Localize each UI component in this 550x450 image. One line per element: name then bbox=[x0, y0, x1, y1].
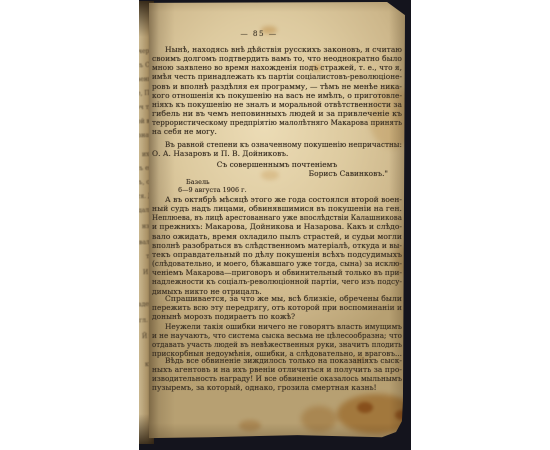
paragraph-question: Спрашивается, за что же мы, всѣ близкіе,… bbox=[152, 294, 402, 321]
text-line: ныхъ агентовъ и на ихъ рвеніи отличиться… bbox=[152, 365, 402, 374]
text-line: вполнѣ разобраться въ слѣдственномъ мате… bbox=[152, 241, 402, 250]
book-photo: черввъ Савень-не, Пвоч трой везначихъвъ … bbox=[139, 0, 411, 450]
text-line: кого отношенія къ покушенію на васъ не и… bbox=[152, 91, 402, 100]
paragraph-second-trial: А въ октябрѣ мѣсяцѣ этого же года состоя… bbox=[152, 195, 402, 296]
text-line: Вѣдь все обвиненіе зиждилось только на п… bbox=[152, 356, 402, 365]
text-line: пузыремъ, за который, однако, грозила см… bbox=[152, 383, 402, 392]
text-line: изводительность награду! И все обвиненіе… bbox=[152, 374, 402, 383]
text-line: Спрашивается, за что же мы, всѣ близкіе,… bbox=[152, 294, 402, 303]
text-line: ный судъ надъ лицами, обвинявшимися въ п… bbox=[152, 204, 402, 213]
valediction: Съ совершеннымъ почтеніемъ bbox=[152, 160, 402, 169]
letter-paragraph-2: Въ равной степени къ означенному покушен… bbox=[152, 140, 402, 158]
text-line: и прежнихъ: Макарова, Дойникова и Назаро… bbox=[152, 222, 402, 231]
text-line: Съ совершеннымъ почтеніемъ bbox=[152, 160, 402, 169]
text-line: 6—9 августа 1906 г. bbox=[152, 187, 402, 195]
text-line: ніяхъ къ покушенію не зналъ и моральной … bbox=[152, 100, 402, 109]
text-line: Нынѣ, находясь внѣ дѣйствія русскихъ зак… bbox=[152, 45, 402, 54]
text-line: ровъ и вполнѣ раздѣляя ея программу, — т… bbox=[152, 82, 402, 91]
text-line: отдавать участь людей въ невѣжественныя … bbox=[152, 340, 402, 349]
text-line: вало ожидать, время охладило пылъ страст… bbox=[152, 232, 402, 241]
dateline: Базель6—9 августа 1906 г. bbox=[152, 179, 402, 195]
text-line: надлежности къ соціалъ-революціонной пар… bbox=[152, 277, 402, 286]
text-line: (слѣдовательно, и моего, бѣжавшаго уже т… bbox=[152, 259, 402, 268]
page-number: — 85 — bbox=[139, 29, 384, 38]
text-line: террористическому предпріятію малолѣтняг… bbox=[152, 118, 402, 127]
text-line: своимъ долгомъ подтвердить вамъ то, что … bbox=[152, 54, 402, 63]
text-line: и не научаютъ, что система сыска весьма … bbox=[152, 331, 402, 340]
paragraph-mistakes: Неужели такія ошибки ничего не говорятъ … bbox=[152, 322, 402, 359]
text-line: мною заявлено во время нахожденія подъ с… bbox=[152, 63, 402, 72]
text-line: А въ октябрѣ мѣсяцѣ этого же года состоя… bbox=[152, 195, 402, 204]
text-line: Въ равной степени къ означенному покушен… bbox=[152, 140, 402, 149]
text-line: Неплюева, въ лицѣ арестованнаго уже впос… bbox=[152, 213, 402, 222]
text-line: имѣя честь принадлежать къ партіи соціал… bbox=[152, 72, 402, 81]
signature: Борисъ Савинковъ." bbox=[152, 169, 402, 178]
paragraph-accusation: Вѣдь все обвиненіе зиждилось только на п… bbox=[152, 356, 402, 393]
text-line: донынѣ морозъ подираетъ по кожѣ? bbox=[152, 312, 402, 321]
text-line: Неужели такія ошибки ничего не говорятъ … bbox=[152, 322, 402, 331]
text-line: пережить всю эту передрягу, отъ которой … bbox=[152, 303, 402, 312]
letter-paragraph-1: Нынѣ, находясь внѣ дѣйствія русскихъ зак… bbox=[152, 45, 402, 137]
text-line: на себя не могу. bbox=[152, 127, 402, 136]
text-line: текъ оправдательный по дѣлу покушенія вс… bbox=[152, 250, 402, 259]
page-text: — 85 — Нынѣ, находясь внѣ дѣйствія русск… bbox=[152, 0, 402, 450]
text-line: Борисъ Савинковъ." bbox=[152, 169, 402, 178]
text-line: ченіемъ Макарова—приговоръ и обвинительн… bbox=[152, 268, 402, 277]
text-line: гибель ни въ чемъ неповинныхъ людей и за… bbox=[152, 109, 402, 118]
text-line: О. А. Назаровъ и П. В. Дойниковъ. bbox=[152, 149, 402, 158]
